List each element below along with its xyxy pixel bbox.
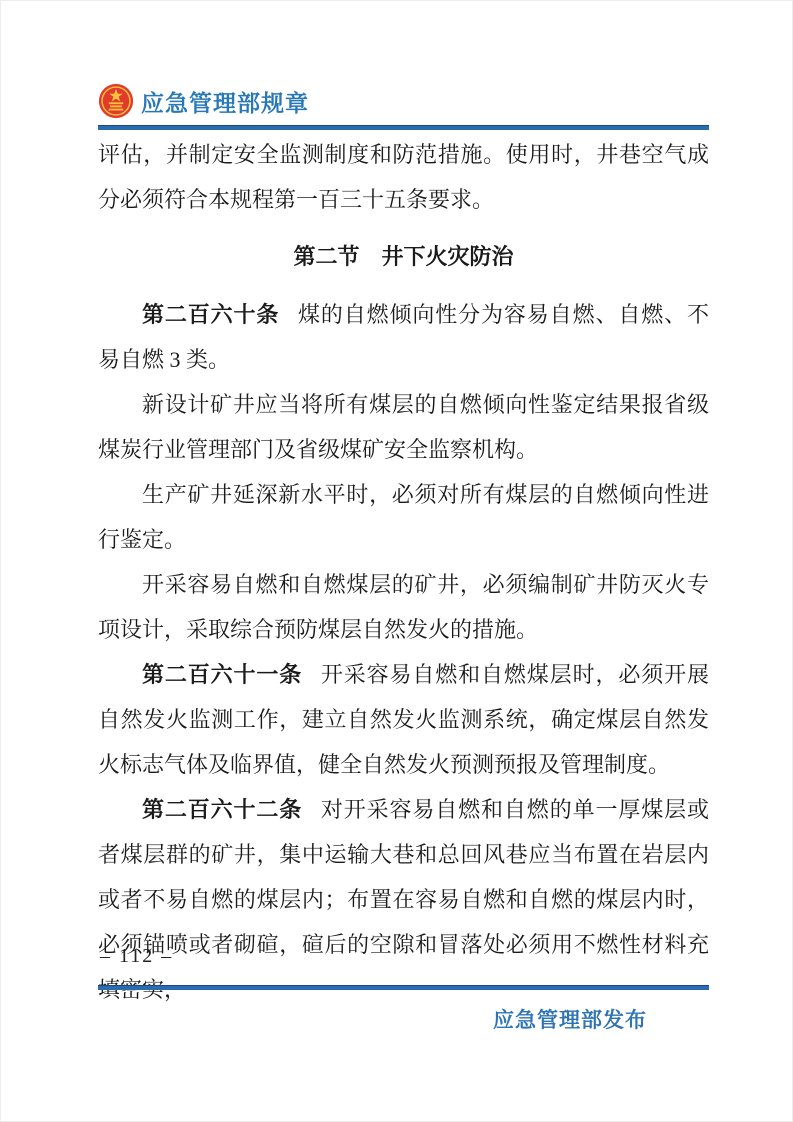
page-header: 应急管理部规章 — [98, 83, 309, 119]
document-page: 应急管理部规章 评估，并制定安全监测制度和防范措施。使用时，井巷空气成分必须符合… — [0, 0, 793, 1122]
paragraph-continuation: 评估，并制定安全监测制度和防范措施。使用时，井巷空气成分必须符合本规程第一百三十… — [98, 132, 709, 222]
footer-divider — [98, 985, 709, 990]
publisher-label: 应急管理部发布 — [493, 1004, 647, 1034]
paragraph: 新设计矿井应当将所有煤层的自燃倾向性鉴定结果报省级煤炭行业管理部门及省级煤矿安全… — [98, 382, 709, 472]
paragraph: 开采容易自燃和自燃煤层的矿井，必须编制矿井防灭火专项设计，采取综合预防煤层自然发… — [98, 562, 709, 652]
paragraph-text: 对开采容易自燃和自燃的单一厚煤层或者煤层群的矿井，集中运输大巷和总回风巷应当布置… — [98, 797, 709, 1002]
paragraph-article-261: 第二百六十一条开采容易自燃和自燃煤层时，必须开展自然发火监测工作，建立自然发火监… — [98, 652, 709, 787]
document-body: 评估，并制定安全监测制度和防范措施。使用时，井巷空气成分必须符合本规程第一百三十… — [98, 132, 709, 1012]
paragraph-article-262: 第二百六十二条对开采容易自燃和自燃的单一厚煤层或者煤层群的矿井，集中运输大巷和总… — [98, 787, 709, 1012]
header-title: 应急管理部规章 — [141, 85, 309, 118]
china-national-emblem-icon — [98, 83, 134, 119]
article-number: 第二百六十二条 — [142, 797, 302, 822]
page-number: – 112 – — [100, 945, 173, 968]
paragraph-article-260: 第二百六十条煤的自燃倾向性分为容易自燃、自燃、不易自燃 3 类。 — [98, 292, 709, 382]
paragraph: 生产矿井延深新水平时，必须对所有煤层的自燃倾向性进行鉴定。 — [98, 472, 709, 562]
article-number: 第二百六十条 — [142, 302, 279, 327]
section-heading: 第二节 井下火灾防治 — [98, 234, 709, 279]
header-divider — [98, 125, 709, 130]
article-number: 第二百六十一条 — [142, 662, 302, 687]
